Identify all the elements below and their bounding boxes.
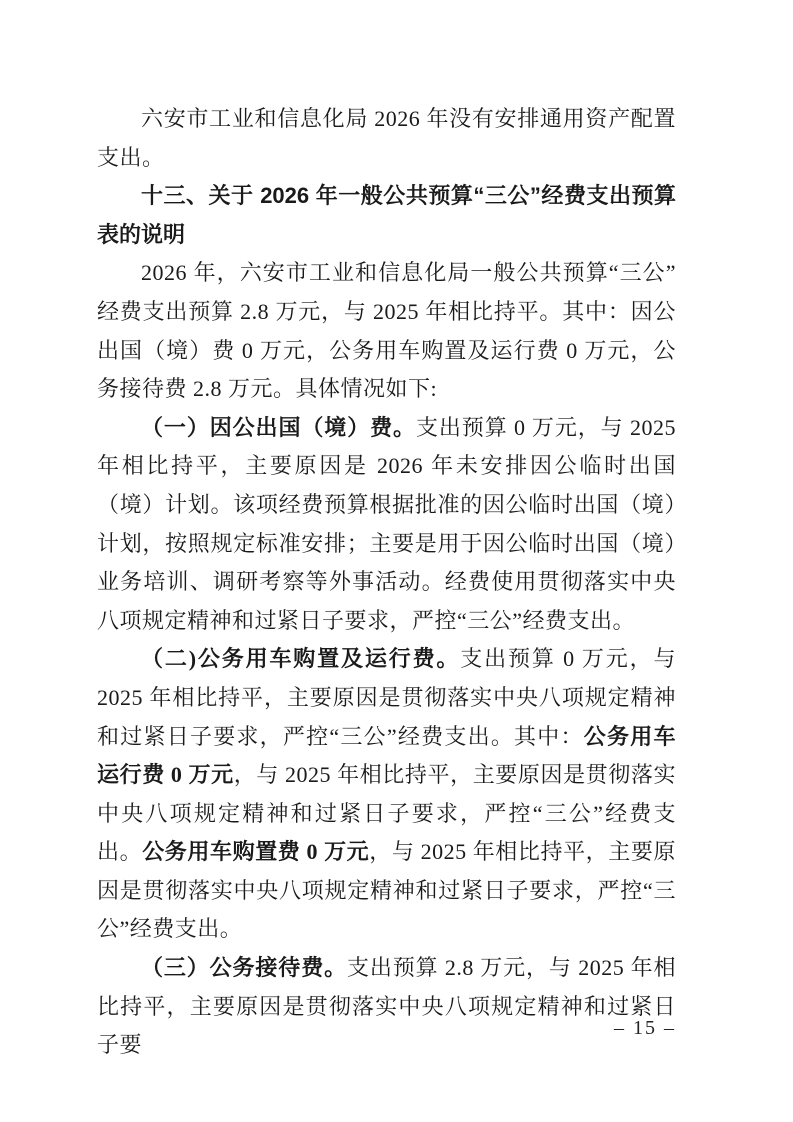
document-page: 六安市工业和信息化局 2026 年没有安排通用资产配置支出。 十三、关于 202… — [0, 0, 793, 1122]
text-run: 六安市工业和信息化局 2026 年没有安排通用资产配置支出。 — [97, 106, 676, 170]
text-run: 2026 年，六安市工业和信息化局一般公共预算“三公”经费支出预算 2.8 万元… — [97, 260, 676, 401]
text-run: 支出预算 0 万元，与 2025 年相比持平，主要原因是 2026 年未安排因公… — [97, 415, 676, 633]
page-number: – 15 – — [97, 1013, 676, 1043]
section-heading-thirteen: 十三、关于 2026 年一般公共预算“三公”经费支出预算表的说明 — [97, 177, 676, 254]
page-number-label: – 15 – — [614, 1017, 676, 1039]
paragraph-asset-allocation: 六安市工业和信息化局 2026 年没有安排通用资产配置支出。 — [97, 100, 676, 177]
paragraph-item-3-reception-expense: （三）公务接待费。支出预算 2.8 万元，与 2025 年相比持平，主要原因是贯… — [97, 949, 676, 1065]
paragraph-item-2-vehicle-expense: （二)公务用车购置及运行费。支出预算 0 万元，与 2025 年相比持平，主要原… — [97, 640, 676, 949]
item-lead-bold: （一）因公出国（境）费。 — [141, 415, 416, 440]
document-body: 六安市工业和信息化局 2026 年没有安排通用资产配置支出。 十三、关于 202… — [97, 100, 676, 1065]
vehicle-purchase-fee-bold: 公务用车购置费 0 万元 — [142, 839, 369, 864]
heading-text: 十三、关于 2026 年一般公共预算“三公”经费支出预算表的说明 — [97, 183, 676, 247]
paragraph-item-1-abroad-expense: （一）因公出国（境）费。支出预算 0 万元，与 2025 年相比持平，主要原因是… — [97, 409, 676, 641]
item-lead-bold: （二)公务用车购置及运行费。 — [141, 646, 460, 671]
paragraph-three-public-overview: 2026 年，六安市工业和信息化局一般公共预算“三公”经费支出预算 2.8 万元… — [97, 254, 676, 408]
item-lead-bold: （三）公务接待费。 — [141, 955, 347, 980]
